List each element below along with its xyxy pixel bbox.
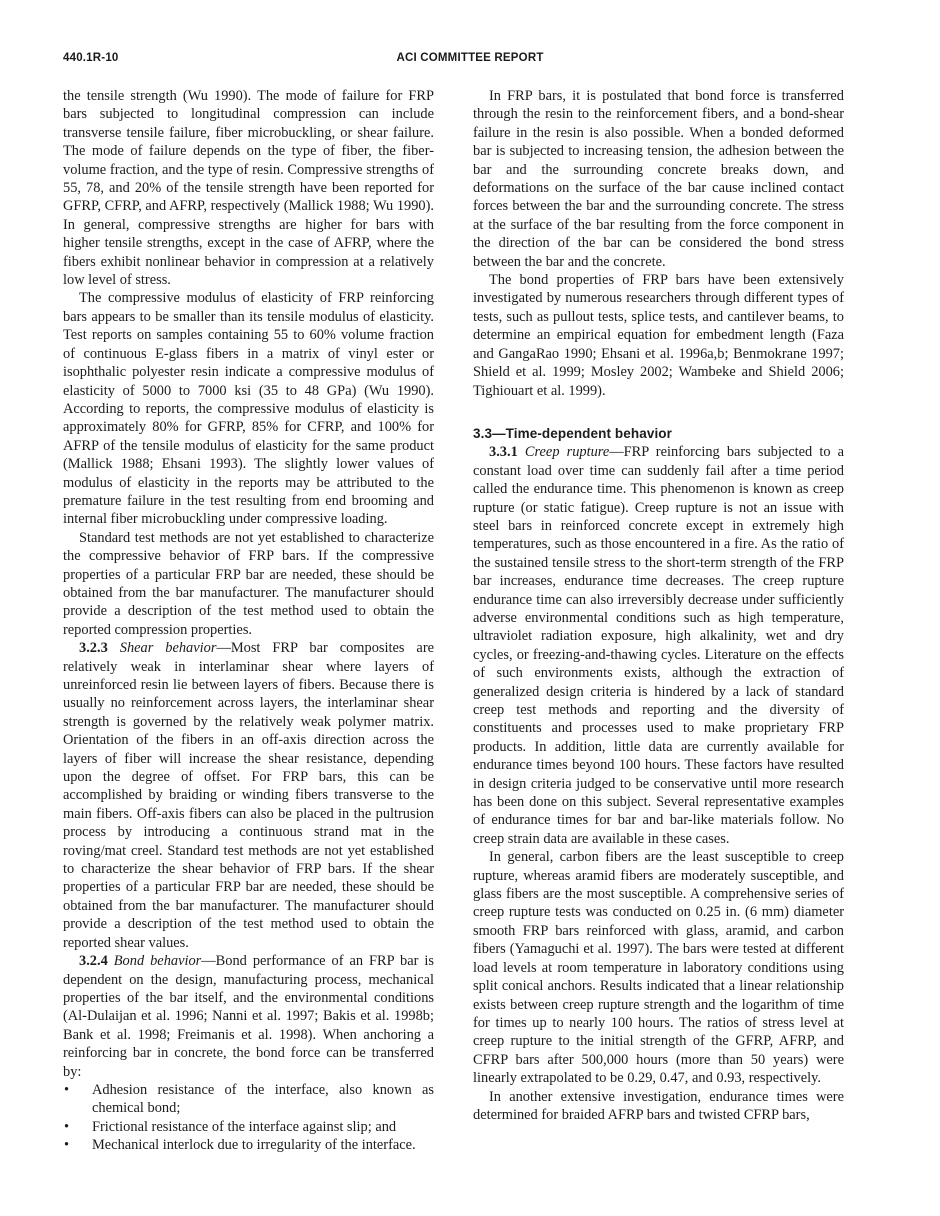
paragraph: The bond properties of FRP bars have bee… [473,271,844,400]
bullet-item: Mechanical interlock due to irregularity… [63,1136,434,1154]
paragraph: Standard test methods are not yet establ… [63,529,434,639]
document-number: 440.1R-10 [63,52,119,64]
paragraph: In general, carbon fibers are the least … [473,848,844,1087]
numbered-paragraph: 3.3.1 Creep rupture—FRP reinforcing bars… [473,443,844,848]
section-heading: 3.3—Time-dependent behavior [473,425,844,443]
numbered-paragraph: 3.2.4 Bond behavior—Bond performance of … [63,952,434,1081]
numbered-paragraph: 3.2.3 Shear behavior—Most FRP bar compos… [63,639,434,952]
bullet-item: Frictional resistance of the interface a… [63,1118,434,1136]
section-title: Shear behavior [120,640,217,656]
section-title: Bond behavior [114,953,202,969]
running-title: ACI COMMITTEE REPORT [63,52,877,64]
section-number: 3.2.4 [79,953,114,969]
bullet-item: Adhesion resistance of the interface, al… [63,1081,434,1118]
paragraph: In FRP bars, it is postulated that bond … [473,87,844,271]
left-column: the tensile strength (Wu 1990). The mode… [63,87,434,1155]
bullet-list: Adhesion resistance of the interface, al… [63,1081,434,1155]
page-header: ACI COMMITTEE REPORT 440.1R-10 [63,52,877,68]
paragraph: the tensile strength (Wu 1990). The mode… [63,87,434,289]
document-page: ACI COMMITTEE REPORT 440.1R-10 the tensi… [0,0,940,1216]
section-number: 3.2.3 [79,640,120,656]
section-number: 3.3.1 [489,444,525,460]
paragraph: The compressive modulus of elasticity of… [63,289,434,528]
section-title: Creep rupture [525,444,609,460]
right-column: In FRP bars, it is postulated that bond … [473,87,844,1124]
paragraph: In another extensive investigation, endu… [473,1088,844,1125]
